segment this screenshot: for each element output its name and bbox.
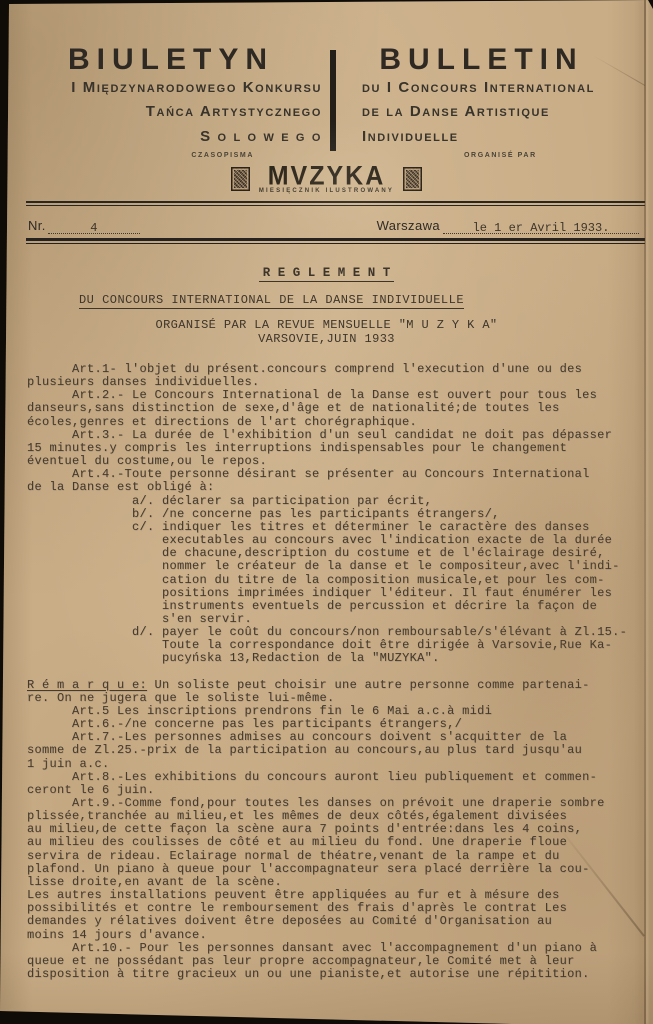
polish-tagline: CZASOPISMA <box>30 152 322 159</box>
issue-line: Nr.4 Warszawale 1 er Avril 1933. <box>0 206 653 238</box>
photo-backdrop: BIULETYN I Międzynarodowego Konkursu Tań… <box>0 0 653 1024</box>
french-tagline: ORGANISÉ PAR <box>362 152 647 159</box>
logo-wordmark: MVZYKA <box>259 164 394 188</box>
reglement-subtitle: DU CONCOURS INTERNATIONAL DE LA DANSE IN… <box>79 293 464 309</box>
polish-subtitle-line1: I Międzynarodowego Konkursu <box>30 76 322 101</box>
article-3: Art.3.- La durée de l'exhibition d'un se… <box>27 429 643 468</box>
article-10: Art.10.- Pour les personnes dansant avec… <box>27 942 643 981</box>
issue-number-value: 4 <box>90 221 97 235</box>
ornament-left-icon <box>231 167 250 191</box>
article-7: Art.7.-Les personnes admises au concours… <box>27 731 643 770</box>
french-subtitle-line2: de la Danse Artistique <box>362 100 647 125</box>
ornament-right-icon <box>403 167 422 191</box>
masthead-divider <box>330 50 336 151</box>
article-9-suite: Les autres installations peuvent être ap… <box>27 889 643 942</box>
polish-title: BIULETYN <box>30 44 322 76</box>
reglement-place-line: VARSOVIE,JUIN 1933 <box>0 332 653 346</box>
remarque: R é m a r q u e: Un soliste peut choisir… <box>27 679 643 705</box>
french-subtitle-line3: Individuelle <box>362 125 647 150</box>
reglement-body: Art.1- l'objet du présent.concours compr… <box>27 363 643 981</box>
issue-date-group: Warszawale 1 er Avril 1933. <box>377 217 639 235</box>
reglement-heading-block: R E G L E M E N T DU CONCOURS INTERNATIO… <box>0 263 653 346</box>
article-9: Art.9.-Comme fond,pour toutes les danses… <box>27 797 643 889</box>
article-2: Art.2.- Le Concours International de la … <box>27 389 643 428</box>
article-4: Art.4.-Toute personne désirant se présen… <box>27 468 643 665</box>
masthead-polish-column: BIULETYN I Międzynarodowego Konkursu Tań… <box>30 44 322 159</box>
logo-center: MVZYKA MIESIĘCZNIK ILUSTROWANY <box>259 165 394 194</box>
article-8: Art.8.-Les exhibitions du concours auron… <box>27 771 643 797</box>
issue-number-group: Nr.4 <box>28 217 140 235</box>
document-page: BIULETYN I Międzynarodowego Konkursu Tań… <box>0 0 653 1024</box>
french-subtitle-line1: du I Concours International <box>362 76 647 101</box>
muzyka-logo: MVZYKA MIESIĘCZNIK ILUSTROWANY <box>0 165 653 194</box>
reglement-title: R E G L E M E N T <box>259 266 395 282</box>
date-blank: le 1 er Avril 1933. <box>443 220 639 234</box>
article-1: Art.1- l'objet du présent.concours compr… <box>27 363 643 389</box>
remarque-label: R é m a r q u e: <box>27 678 147 692</box>
reglement-organizer-line: ORGANISÉ PAR LA REVUE MENSUELLE "M U Z Y… <box>0 318 653 332</box>
issue-number-blank: 4 <box>48 220 140 234</box>
issue-number-label: Nr. <box>28 218 46 233</box>
reglement-subtitle-wrap: DU CONCOURS INTERNATIONAL DE LA DANSE IN… <box>0 290 543 309</box>
date-value: le 1 er Avril 1933. <box>473 221 610 235</box>
paper-crease-vertical <box>644 0 646 1024</box>
double-rule-bottom <box>26 238 645 244</box>
french-title: BULLETIN <box>362 44 647 76</box>
masthead: BIULETYN I Międzynarodowego Konkursu Tań… <box>0 0 653 159</box>
polish-subtitle-line2: Tańca Artystycznego <box>30 100 322 125</box>
polish-subtitle-line3: S o l o w e g o <box>30 125 322 150</box>
city-label: Warszawa <box>377 218 440 233</box>
